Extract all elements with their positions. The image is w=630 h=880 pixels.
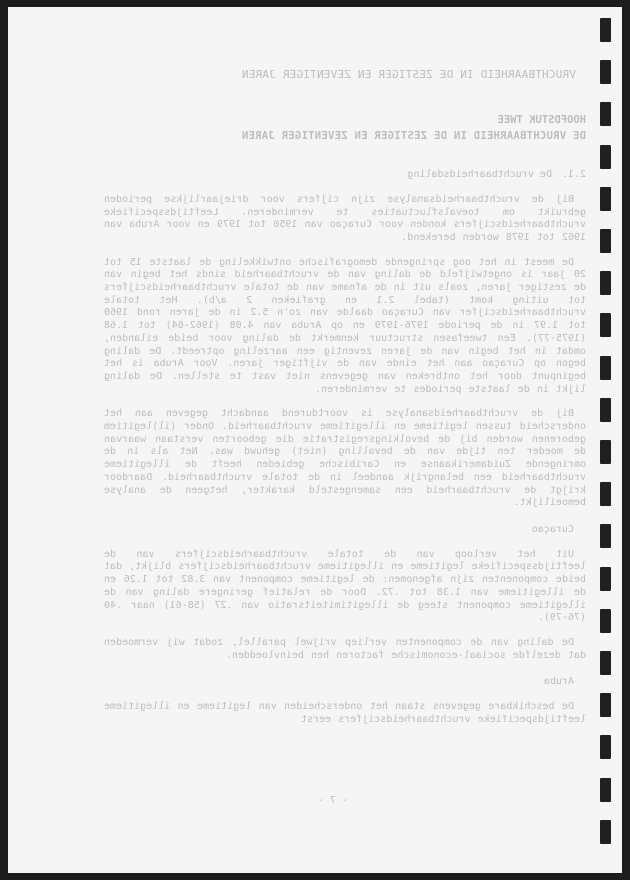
paragraph: Bij de vruchtbaarheidsanalyse is voortdu… [104,408,586,510]
binding-hole [600,356,611,380]
subsection-title-aruba: Aruba [104,676,574,689]
chapter-title: DE VRUCHTBAARHEID IN DE ZESTIGER EN ZEVE… [104,130,586,143]
binding-hole [600,271,611,295]
paragraph: De meest in het oog springende demografi… [104,257,586,397]
paragraph: Uit het verloop van de totale vruchtbaar… [104,549,586,625]
section-title: De vruchtbaarheidsdaling [407,169,552,180]
binding-hole [600,60,611,84]
binding-hole [600,229,611,253]
binding-hole [600,609,611,633]
binding-hole [600,187,611,211]
paragraph: De beschikbare gegevens staan het onders… [104,701,586,726]
binding-hole [600,313,611,337]
binding-hole [600,778,611,802]
section-number: 2.1. [562,169,586,180]
binding-hole [600,18,611,42]
section-heading: 2.1.De vruchtbaarheidsdaling [104,169,586,182]
binding-holes [600,12,612,872]
paragraph: Bij de vruchtbaarheidsanalyse zijn cijfe… [104,194,586,245]
binding-hole [600,145,611,169]
paragraph: De daling van de componenten verliep vri… [104,637,586,662]
binding-hole [600,735,611,759]
binding-hole [600,398,611,422]
binding-hole [600,567,611,591]
binding-hole [600,524,611,548]
binding-hole [600,440,611,464]
binding-hole [600,693,611,717]
chapter-label: HOOFDSTUK TWEE [104,114,586,127]
subsection-title-curacao: Curaçao [104,524,574,537]
binding-hole [600,482,611,506]
page-content: VRUCHTBAARHEID IN DE ZESTIGER EN ZEVENTI… [104,69,586,726]
binding-hole [600,651,611,675]
binding-hole [600,102,611,126]
page-number: - 7 - [308,795,358,806]
binding-hole [600,820,611,844]
running-head: VRUCHTBAARHEID IN DE ZESTIGER EN ZEVENTI… [104,69,576,82]
scanned-page: VRUCHTBAARHEID IN DE ZESTIGER EN ZEVENTI… [8,7,622,873]
